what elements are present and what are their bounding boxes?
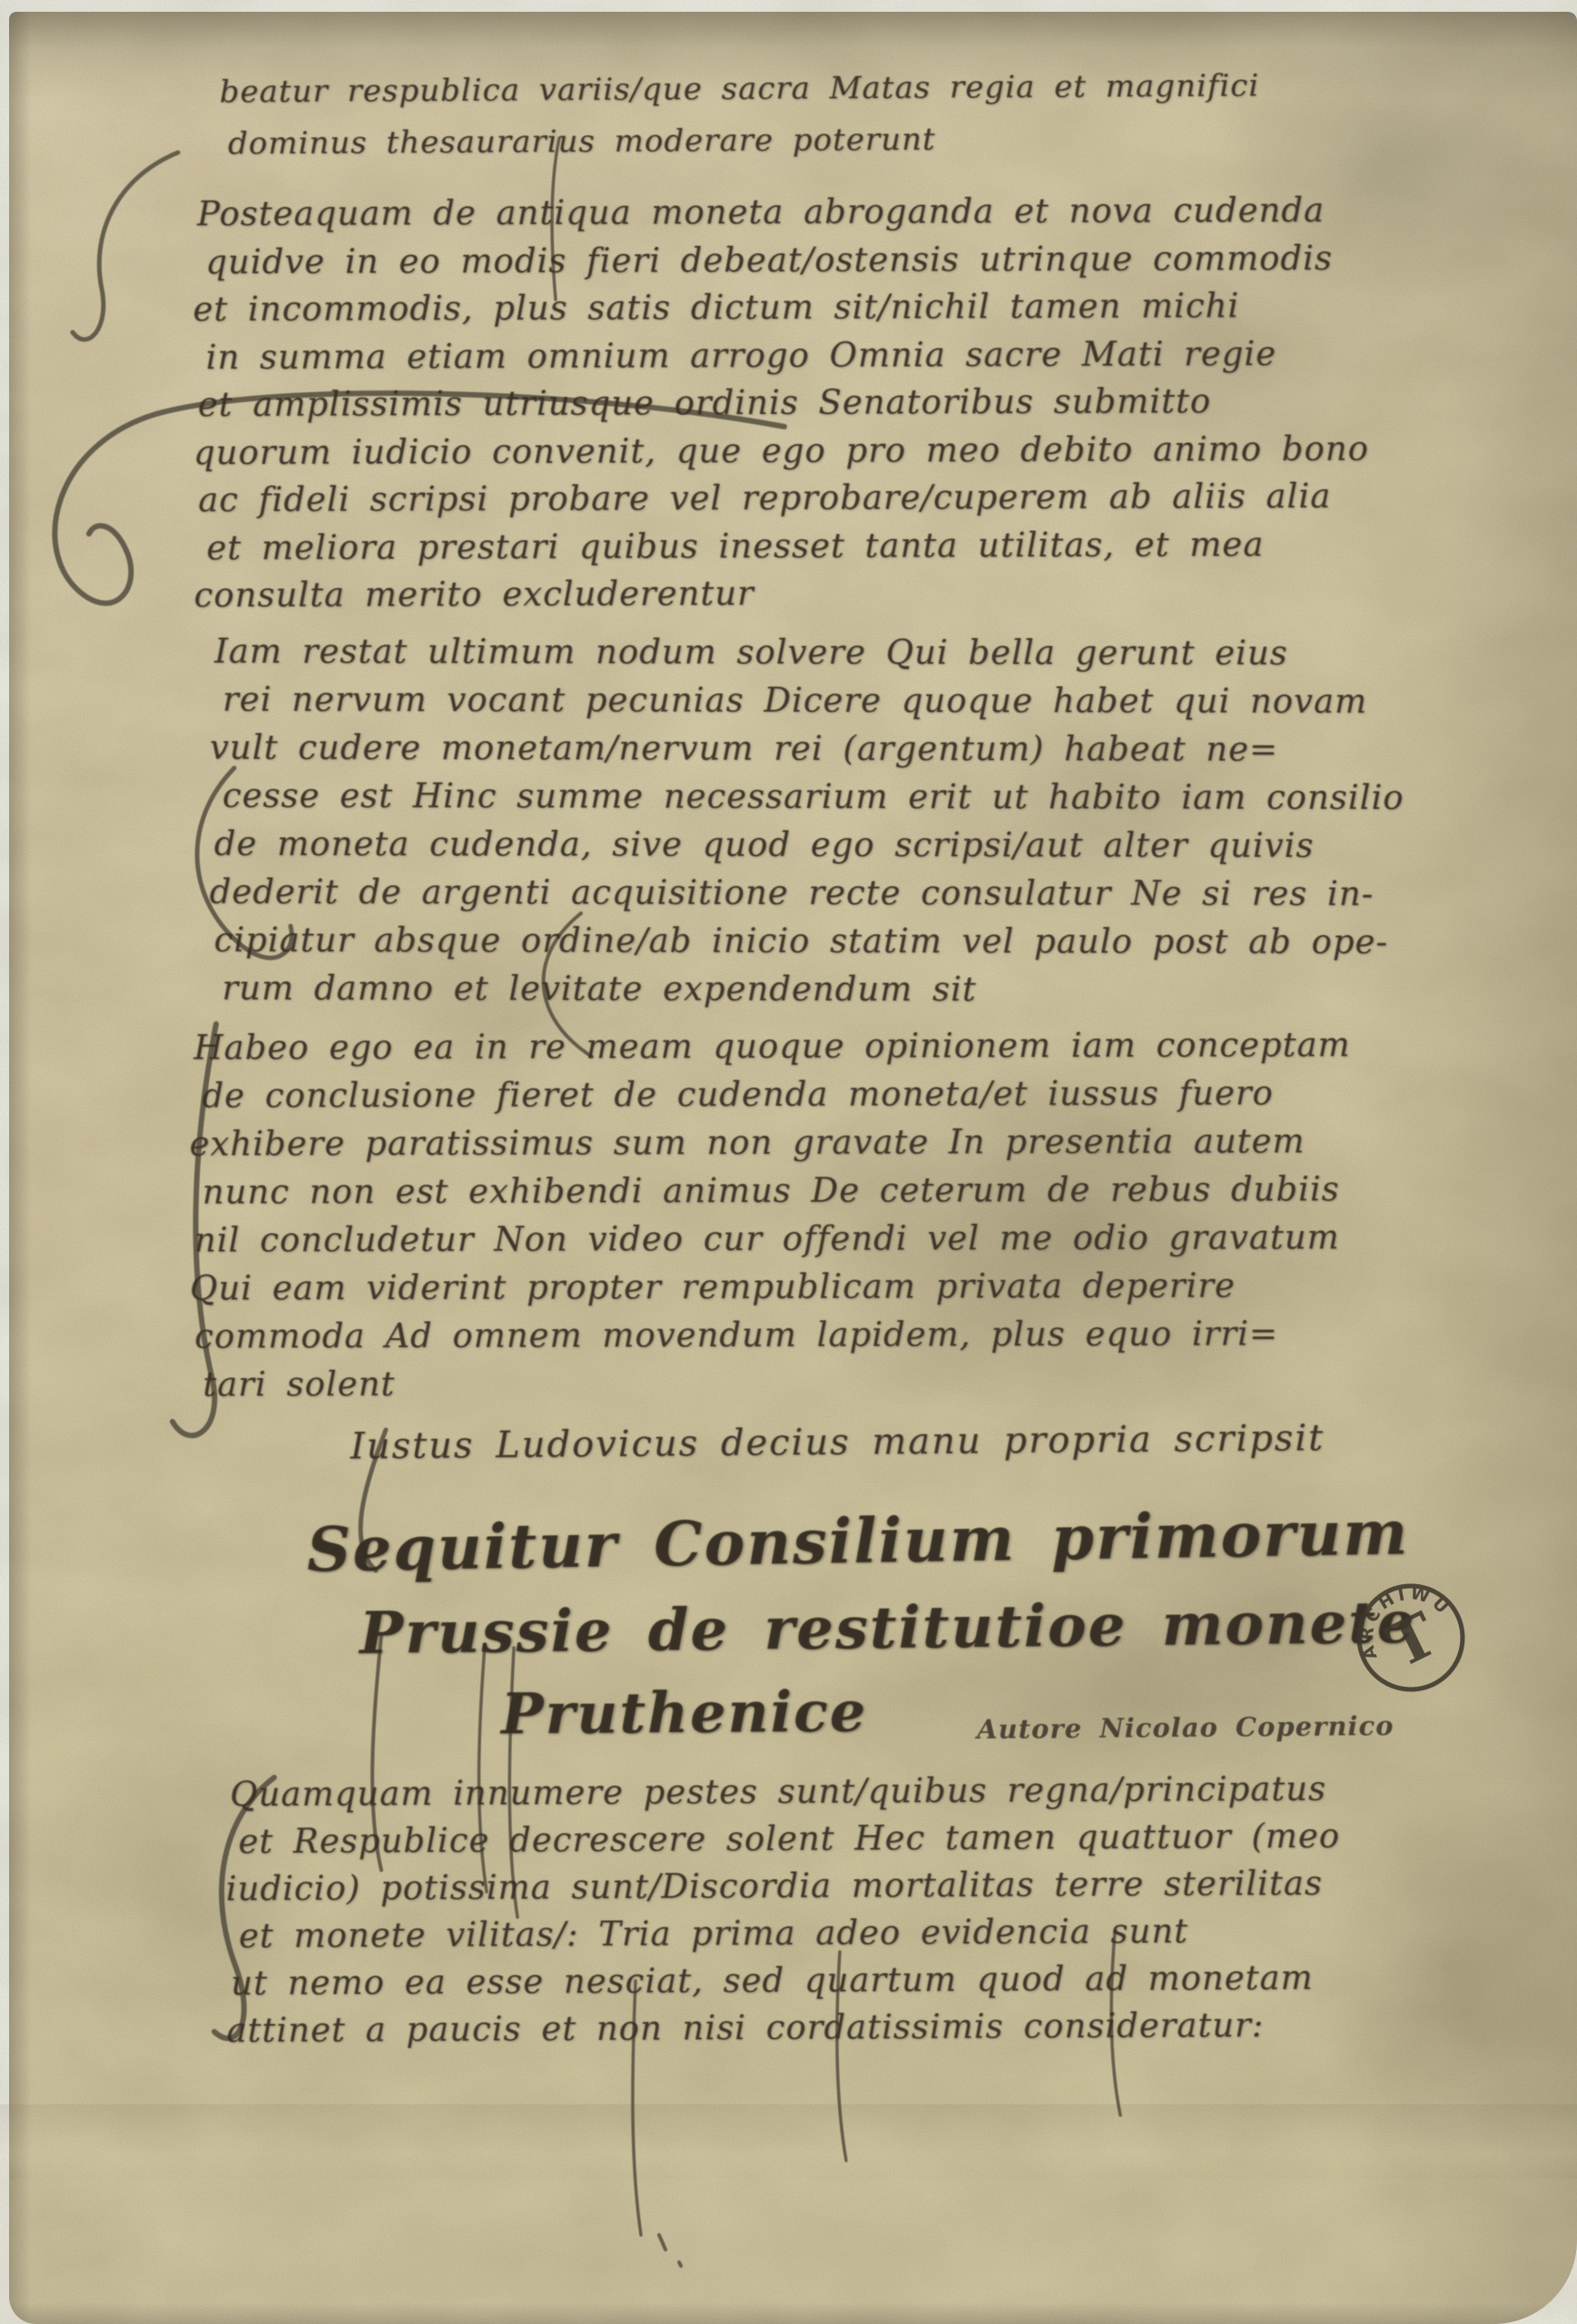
manuscript-line: et incommodis, plus satis dictum sit/nic… [193, 282, 1369, 334]
closing-paragraph: beatur respublica variis/que sacra Matas… [220, 61, 1260, 171]
manuscript-line: vult cudere monetam/nervum rei (argentum… [210, 724, 1405, 773]
manuscript-line: attinet a paucis et non nisi cordatissim… [227, 2002, 1342, 2054]
treatise-title-line-2: Prussie de restitutioe monete [360, 1589, 1416, 1668]
manuscript-line: cipiatur absque ordine/ab inicio statim … [214, 916, 1405, 966]
manuscript-line: dederit de argenti acquisitione recte co… [210, 868, 1405, 918]
paragraph-2: Iam restat ultimum nodum solvere Qui bel… [214, 627, 1405, 1014]
scribe-signature: Iustus Ludovicus decius manu propria scr… [350, 1417, 1326, 1467]
manuscript-line: tari solent [202, 1357, 1351, 1408]
manuscript-line: rei nervum vocant pecunias Dicere quoque… [222, 675, 1405, 725]
manuscript-line: nil concludetur Non video cur offendi ve… [194, 1213, 1351, 1264]
manuscript-line: quidve in eo modis fieri debeat/ostensis… [205, 234, 1368, 286]
manuscript-line: beatur respublica variis/que sacra Matas… [220, 61, 1260, 119]
manuscript-line: Habeo ego ea in re meam quoque opinionem… [193, 1020, 1350, 1071]
manuscript-line: quorum iudicio convenit, que ego pro meo… [193, 425, 1369, 477]
manuscript-line: Posteaquam de antiqua moneta abroganda e… [197, 187, 1368, 239]
manuscript-line: Qui eam viderint propter rempublicam pri… [190, 1261, 1351, 1312]
paragraph-3: Habeo ego ea in re meam quoque opinionem… [193, 1020, 1351, 1408]
manuscript-line: ut nemo ea esse nesciat, sed quartum quo… [231, 1955, 1341, 2007]
manuscript-line: Iam restat ultimum nodum solvere Qui bel… [214, 627, 1405, 677]
manuscript-line: iudicio) potissima sunt/Discordia mortal… [226, 1860, 1341, 1913]
manuscript-line: exhibere paratissimus sum non gravate In… [190, 1117, 1351, 1167]
manuscript-line: Quamquam innumere pestes sunt/quibus reg… [230, 1766, 1340, 1818]
manuscript-line: ac fideli scripsi probare vel reprobare/… [198, 473, 1369, 525]
manuscript-line: nunc non est exhibendi animus De ceterum… [202, 1165, 1351, 1216]
treatise-title-line-3: Pruthenice [501, 1679, 868, 1748]
manuscript-line: consulta merito excluderentur [194, 568, 1370, 620]
manuscript-line: dominus thesaurarius moderare poterunt [228, 113, 1260, 171]
manuscript-line: de conclusione fieret de cudenda moneta/… [202, 1068, 1351, 1119]
opening-paragraph: Quamquam innumere pestes sunt/quibus reg… [230, 1766, 1341, 2054]
manuscript-line: cesse est Hinc summe necessarium erit ut… [222, 772, 1405, 822]
manuscript-line: de moneta cudenda, sive quod ego scripsi… [214, 820, 1405, 870]
manuscript-line: in summa etiam omnium arrogo Omnia sacre… [206, 330, 1369, 381]
manuscript-line: et meliora prestari quibus inesset tanta… [206, 520, 1369, 572]
paragraph-1: Posteaquam de antiqua moneta abroganda e… [197, 187, 1369, 620]
manuscript-line: et monete vilitas/: Tria prima adeo evid… [239, 1907, 1341, 1960]
manuscript-line: et Respublice decrescere solent Hec tame… [238, 1813, 1340, 1866]
manuscript-line: commoda Ad omnem movendum lapidem, plus … [194, 1309, 1351, 1360]
manuscript-scan: { "document": { "closing_lines": [ "beat… [0, 0, 1577, 2324]
manuscript-line: et amplissimis utriusque ordinis Senator… [198, 378, 1369, 429]
manuscript-line: rum damno et levitate expendendum sit [222, 964, 1405, 1014]
author-attribution: Autore Nicolao Copernico [977, 1710, 1395, 1745]
